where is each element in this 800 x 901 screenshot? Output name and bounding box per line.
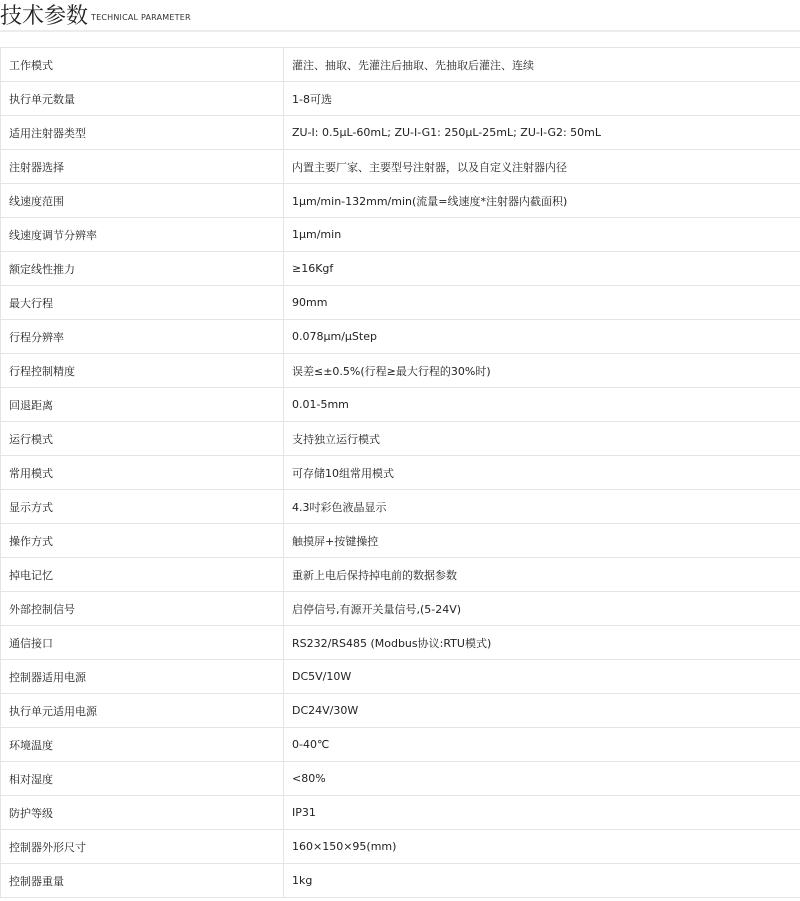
param-label: 控制器重量 <box>1 864 284 898</box>
param-label: 掉电记忆 <box>1 558 284 592</box>
param-label: 运行模式 <box>1 422 284 456</box>
table-row: 控制器外形尺寸160×150×95(mm) <box>1 830 800 864</box>
table-row: 显示方式4.3吋彩色液晶显示 <box>1 490 800 524</box>
table-row: 通信接口RS232/RS485 (Modbus协议:RTU模式) <box>1 626 800 660</box>
param-label: 行程分辨率 <box>1 320 284 354</box>
param-label: 常用模式 <box>1 456 284 490</box>
header-divider <box>0 30 800 32</box>
param-value: 0.078μm/μStep <box>284 320 800 354</box>
param-label: 适用注射器类型 <box>1 116 284 150</box>
table-row: 防护等级IP31 <box>1 796 800 830</box>
table-row: 掉电记忆重新上电后保持掉电前的数据参数 <box>1 558 800 592</box>
table-row: 环境温度0-40℃ <box>1 728 800 762</box>
param-value: 1kg <box>284 864 800 898</box>
param-label: 通信接口 <box>1 626 284 660</box>
param-value: 灌注、抽取、先灌注后抽取、先抽取后灌注、连续 <box>284 48 800 82</box>
param-label: 控制器外形尺寸 <box>1 830 284 864</box>
param-value: 4.3吋彩色液晶显示 <box>284 490 800 524</box>
param-value: 重新上电后保持掉电前的数据参数 <box>284 558 800 592</box>
param-label: 防护等级 <box>1 796 284 830</box>
table-row: 线速度范围1μm/min-132mm/min(流量=线速度*注射器内截面积) <box>1 184 800 218</box>
param-value: DC24V/30W <box>284 694 800 728</box>
table-row: 适用注射器类型ZU-I: 0.5μL-60mL; ZU-I-G1: 250μL-… <box>1 116 800 150</box>
table-row: 控制器重量1kg <box>1 864 800 898</box>
param-label: 线速度范围 <box>1 184 284 218</box>
param-value: 1μm/min-132mm/min(流量=线速度*注射器内截面积) <box>284 184 800 218</box>
param-label: 额定线性推力 <box>1 252 284 286</box>
param-value: IP31 <box>284 796 800 830</box>
param-value: 内置主要厂家、主要型号注射器，以及自定义注射器内径 <box>284 150 800 184</box>
table-row: 线速度调节分辨率1μm/min <box>1 218 800 252</box>
param-value: 160×150×95(mm) <box>284 830 800 864</box>
param-label: 回退距离 <box>1 388 284 422</box>
param-value: 误差≤±0.5%(行程≥最大行程的30%时) <box>284 354 800 388</box>
param-value: 1μm/min <box>284 218 800 252</box>
table-row: 运行模式支持独立运行模式 <box>1 422 800 456</box>
param-label: 显示方式 <box>1 490 284 524</box>
table-row: 常用模式可存储10组常用模式 <box>1 456 800 490</box>
param-label: 行程控制精度 <box>1 354 284 388</box>
param-label: 注射器选择 <box>1 150 284 184</box>
param-label: 操作方式 <box>1 524 284 558</box>
param-value: 触摸屏+按键操控 <box>284 524 800 558</box>
param-value: ZU-I: 0.5μL-60mL; ZU-I-G1: 250μL-25mL; Z… <box>284 116 800 150</box>
table-row: 工作模式灌注、抽取、先灌注后抽取、先抽取后灌注、连续 <box>1 48 800 82</box>
param-label: 线速度调节分辨率 <box>1 218 284 252</box>
param-value: <80% <box>284 762 800 796</box>
table-row: 最大行程90mm <box>1 286 800 320</box>
param-value: 0-40℃ <box>284 728 800 762</box>
table-row: 注射器选择内置主要厂家、主要型号注射器，以及自定义注射器内径 <box>1 150 800 184</box>
table-row: 执行单元数量1-8可选 <box>1 82 800 116</box>
param-label: 最大行程 <box>1 286 284 320</box>
param-label: 执行单元数量 <box>1 82 284 116</box>
table-row: 控制器适用电源DC5V/10W <box>1 660 800 694</box>
table-row: 行程控制精度误差≤±0.5%(行程≥最大行程的30%时) <box>1 354 800 388</box>
spec-table: 工作模式灌注、抽取、先灌注后抽取、先抽取后灌注、连续 执行单元数量1-8可选 适… <box>0 47 800 898</box>
param-label: 外部控制信号 <box>1 592 284 626</box>
param-value: RS232/RS485 (Modbus协议:RTU模式) <box>284 626 800 660</box>
param-label: 相对湿度 <box>1 762 284 796</box>
section-subtitle: TECHNICAL PARAMETER <box>91 13 191 23</box>
param-label: 工作模式 <box>1 48 284 82</box>
table-row: 回退距离0.01-5mm <box>1 388 800 422</box>
table-row: 外部控制信号启停信号,有源开关量信号,(5-24V) <box>1 592 800 626</box>
table-row: 执行单元适用电源DC24V/30W <box>1 694 800 728</box>
table-row: 额定线性推力≥16Kgf <box>1 252 800 286</box>
param-value: DC5V/10W <box>284 660 800 694</box>
param-label: 执行单元适用电源 <box>1 694 284 728</box>
table-row: 相对湿度<80% <box>1 762 800 796</box>
param-value: ≥16Kgf <box>284 252 800 286</box>
param-label: 控制器适用电源 <box>1 660 284 694</box>
param-value: 0.01-5mm <box>284 388 800 422</box>
table-row: 操作方式触摸屏+按键操控 <box>1 524 800 558</box>
param-value: 支持独立运行模式 <box>284 422 800 456</box>
param-value: 可存储10组常用模式 <box>284 456 800 490</box>
section-title: 技术参数 <box>0 4 88 30</box>
param-label: 环境温度 <box>1 728 284 762</box>
table-row: 行程分辨率0.078μm/μStep <box>1 320 800 354</box>
section-header: 技术参数 TECHNICAL PARAMETER <box>0 0 191 30</box>
param-value: 90mm <box>284 286 800 320</box>
param-value: 1-8可选 <box>284 82 800 116</box>
param-value: 启停信号,有源开关量信号,(5-24V) <box>284 592 800 626</box>
